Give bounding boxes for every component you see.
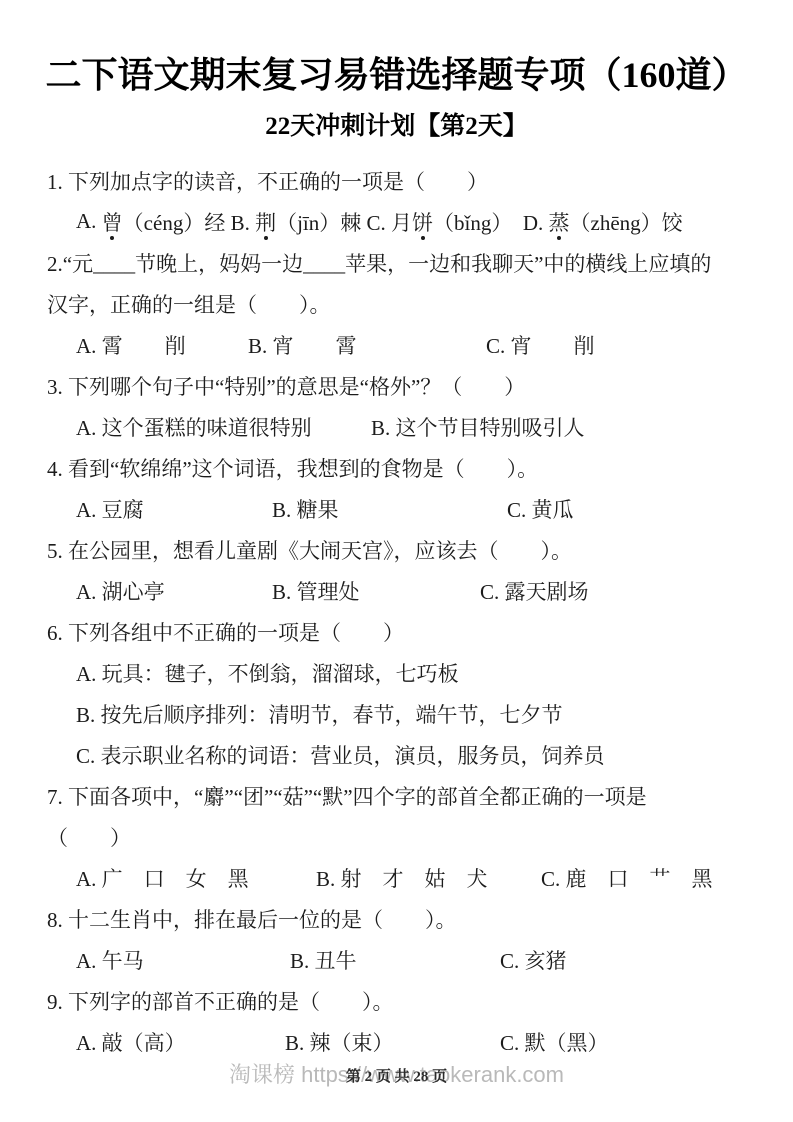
- option-b: B. 这个节目特别吸引人: [371, 412, 585, 442]
- question-6-stem: 6. 下列各组中不正确的一项是（ ）: [47, 611, 767, 652]
- question-4-options: A. 豆腐 B. 糖果 C. 黄瓜: [47, 488, 767, 529]
- option-c: C. 宵 削: [486, 330, 595, 360]
- option-b: B. 丑牛: [290, 945, 500, 975]
- option-a: A. 广 口 女 黑: [76, 863, 316, 893]
- page-number: 第 2 页 共 28 页: [0, 1065, 793, 1086]
- question-1-options: A. 曾（céng）经 B. 荆（jīn）棘 C. 月饼（bǐng） D. 蒸（…: [47, 201, 767, 242]
- option-b: B. 宵 霄: [248, 330, 486, 360]
- question-6-option-c: C. 表示职业名称的词语：营业员，演员，服务员，饲养员: [47, 734, 767, 775]
- emphasized-char: 曾: [102, 207, 123, 237]
- option-a: A. 豆腐: [76, 494, 272, 524]
- option-c: C. 鹿 口 艹 黑: [541, 863, 713, 893]
- option-a: A. 湖心亭: [76, 576, 272, 606]
- text-segment: （bǐng） D.: [433, 207, 549, 237]
- emphasized-char: 饼: [412, 207, 433, 237]
- question-9-options: A. 敲（高） B. 辣（束） C. 默（黑）: [47, 1021, 767, 1062]
- question-8-stem: 8. 十二生肖中，排在最后一位的是（ ）。: [47, 898, 767, 939]
- question-3-options: A. 这个蛋糕的味道很特别 B. 这个节目特别吸引人: [47, 406, 767, 447]
- question-6-option-b: B. 按先后顺序排列：清明节，春节，端午节，七夕节: [47, 693, 767, 734]
- question-7-stem-line1: 7. 下面各项中，“麝”“团”“菇”“默”四个字的部首全都正确的一项是: [47, 775, 767, 816]
- text-segment: （jīn）棘 C. 月: [276, 207, 412, 237]
- option-b: B. 糖果: [272, 494, 507, 524]
- emphasized-char: 荆: [255, 207, 276, 237]
- page-title: 二下语文期末复习易错选择题专项（160道）: [0, 50, 793, 100]
- text-segment: （céng）经 B.: [123, 207, 255, 237]
- question-7-options: A. 广 口 女 黑 B. 射 才 姑 犬 C. 鹿 口 艹 黑: [47, 857, 767, 898]
- question-2-options: A. 霄 削 B. 宵 霄 C. 宵 削: [47, 324, 767, 365]
- question-6-option-a: A. 玩具：毽子，不倒翁，溜溜球，七巧板: [47, 652, 767, 693]
- page-header: 二下语文期末复习易错选择题专项（160道） 22天冲刺计划【第2天】: [0, 0, 793, 146]
- question-2-stem-line1: 2.“元____节晚上，妈妈一边____苹果，一边和我聊天”中的横线上应填的: [47, 242, 767, 283]
- option-b: B. 管理处: [272, 576, 480, 606]
- page-footer: 淘课榜 https://www.taokerank.com 第 2 页 共 28…: [0, 1060, 793, 1102]
- option-b: B. 辣（束）: [285, 1027, 500, 1057]
- option-a: A. 敲（高）: [76, 1027, 285, 1057]
- page-subtitle: 22天冲刺计划【第2天】: [0, 108, 793, 146]
- option-a: A. 午马: [76, 945, 290, 975]
- option-c: C. 黄瓜: [507, 494, 574, 524]
- option-a: A. 霄 削: [76, 330, 248, 360]
- text-segment: （zhēng）饺: [570, 207, 683, 237]
- question-3-stem: 3. 下列哪个句子中“特别”的意思是“格外”？（ ）: [47, 365, 767, 406]
- question-2-stem-line2: 汉字，正确的一组是（ ）。: [47, 283, 767, 324]
- question-8-options: A. 午马 B. 丑牛 C. 亥猪: [47, 939, 767, 980]
- text-segment: A.: [76, 209, 102, 234]
- question-5-options: A. 湖心亭 B. 管理处 C. 露天剧场: [47, 570, 767, 611]
- worksheet-page: 二下语文期末复习易错选择题专项（160道） 22天冲刺计划【第2天】 1. 下列…: [0, 0, 793, 1122]
- question-5-stem: 5. 在公园里，想看儿童剧《大闹天宫》，应该去（ ）。: [47, 529, 767, 570]
- question-1-stem: 1. 下列加点字的读音，不正确的一项是（ ）: [47, 160, 767, 201]
- option-c: C. 亥猪: [500, 945, 567, 975]
- emphasized-char: 蒸: [549, 207, 570, 237]
- option-b: B. 射 才 姑 犬: [316, 863, 541, 893]
- option-c: C. 默（黑）: [500, 1027, 609, 1057]
- question-7-stem-line2: （ ）: [47, 816, 767, 857]
- question-4-stem: 4. 看到“软绵绵”这个词语，我想到的食物是（ ）。: [47, 447, 767, 488]
- option-a: A. 这个蛋糕的味道很特别: [76, 412, 371, 442]
- option-c: C. 露天剧场: [480, 576, 589, 606]
- questions-area: 1. 下列加点字的读音，不正确的一项是（ ） A. 曾（céng）经 B. 荆（…: [0, 146, 793, 1062]
- question-9-stem: 9. 下列字的部首不正确的是（ ）。: [47, 980, 767, 1021]
